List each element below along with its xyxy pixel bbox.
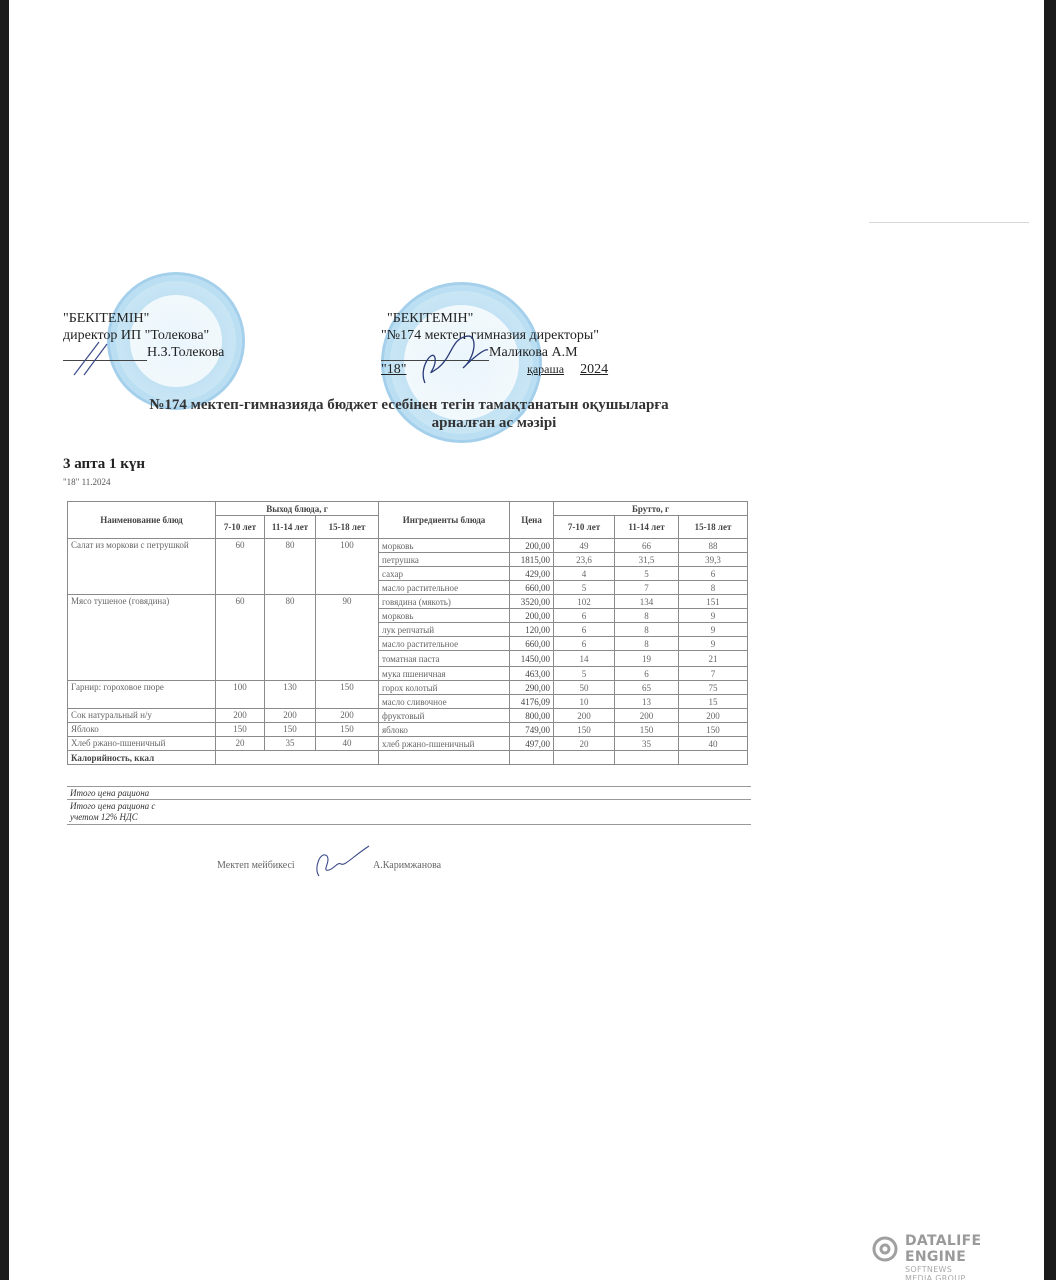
- dish-output: 200: [316, 709, 379, 723]
- ingredient-gross: 134: [615, 595, 679, 609]
- signature-left: [69, 330, 129, 380]
- ingredient-name: морковь: [379, 539, 510, 553]
- dish-name: Мясо тушеное (говядина): [68, 595, 216, 681]
- dish-output: 35: [265, 737, 316, 751]
- ration-total-vat-label-1: Итого цена рациона с: [70, 801, 748, 812]
- header-ingredients: Ингредиенты блюда: [379, 502, 510, 539]
- calories-value-cell: [510, 751, 554, 765]
- calories-output-cell: [216, 751, 379, 765]
- ingredient-name: лук репчатый: [379, 623, 510, 637]
- ration-total-label: Итого цена рациона: [70, 788, 149, 798]
- signature-nurse: [311, 840, 371, 880]
- dish-name: Сок натуральный н/у: [68, 709, 216, 723]
- calories-value-cell: [615, 751, 679, 765]
- dish-output: 150: [265, 723, 316, 737]
- ingredient-gross: 75: [679, 681, 748, 695]
- dish-output: 200: [216, 709, 265, 723]
- ingredient-name: хлеб ржано-пшеничный: [379, 737, 510, 751]
- dish-name: Хлеб ржано-пшеничный: [68, 737, 216, 751]
- signature-right: [413, 328, 493, 388]
- ingredient-gross: 15: [679, 695, 748, 709]
- table-row: Мясо тушеное (говядина)608090говядина (м…: [68, 595, 748, 609]
- ingredient-gross: 40: [679, 737, 748, 751]
- ingredient-gross: 200: [615, 709, 679, 723]
- document-page: "БЕКІТЕМІН" директор ИП "Толекова" Н.З.Т…: [9, 0, 1044, 1280]
- ingredient-gross: 102: [554, 595, 615, 609]
- header-gross-age-2: 11-14 лет: [615, 516, 679, 539]
- ingredient-gross: 13: [615, 695, 679, 709]
- ingredient-price: 497,00: [510, 737, 554, 751]
- dish-name: Салат из моркови с петрушкой: [68, 539, 216, 595]
- dish-output: 40: [316, 737, 379, 751]
- document-title-line1: №174 мектеп-гимназияда бюджет есебінен т…: [129, 396, 689, 414]
- ingredient-gross: 150: [615, 723, 679, 737]
- ingredient-name: яблоко: [379, 723, 510, 737]
- ingredient-price: 660,00: [510, 581, 554, 595]
- totals-section: Итого цена рациона Итого цена рациона с …: [67, 786, 751, 825]
- header-gross-age-1: 7-10 лет: [554, 516, 615, 539]
- table-row: Салат из моркови с петрушкой6080100морко…: [68, 539, 748, 553]
- ingredient-gross: 10: [554, 695, 615, 709]
- ingredient-price: 463,00: [510, 667, 554, 681]
- approval-left-name: Н.З.Толекова: [147, 344, 224, 361]
- approval-left-title: "БЕКІТЕМІН": [63, 310, 224, 327]
- scan-artifact-line: [869, 222, 1029, 223]
- ingredient-gross: 19: [615, 651, 679, 667]
- ingredient-gross: 150: [554, 723, 615, 737]
- ingredient-price: 200,00: [510, 609, 554, 623]
- approval-right-title: "БЕКІТЕМІН": [381, 310, 608, 327]
- ingredient-price: 290,00: [510, 681, 554, 695]
- dish-output: 200: [265, 709, 316, 723]
- ingredient-price: 800,00: [510, 709, 554, 723]
- calories-value-cell: [679, 751, 748, 765]
- ingredient-gross: 5: [554, 581, 615, 595]
- document-title-line2: арналған ас мәзірі: [129, 414, 689, 432]
- header-output: Выход блюда, г: [216, 502, 379, 516]
- ingredient-price: 429,00: [510, 567, 554, 581]
- dish-output: 150: [216, 723, 265, 737]
- ingredient-price: 200,00: [510, 539, 554, 553]
- table-row: Сок натуральный н/у200200200фруктовый800…: [68, 709, 748, 723]
- datalife-logo-icon: [871, 1235, 899, 1263]
- ingredient-name: масло растительное: [379, 637, 510, 651]
- ingredient-gross: 6: [554, 609, 615, 623]
- ingredient-price: 1450,00: [510, 651, 554, 667]
- ingredient-gross: 39,3: [679, 553, 748, 567]
- header-output-age-1: 7-10 лет: [216, 516, 265, 539]
- watermark-title: DATALIFE ENGINE: [905, 1233, 981, 1265]
- ingredient-gross: 50: [554, 681, 615, 695]
- menu-table: Наименование блюд Выход блюда, г Ингреди…: [67, 501, 748, 765]
- ingredient-gross: 200: [554, 709, 615, 723]
- dish-output: 90: [316, 595, 379, 681]
- ingredient-gross: 4: [554, 567, 615, 581]
- ingredient-gross: 8: [615, 609, 679, 623]
- ingredient-gross: 7: [679, 667, 748, 681]
- ingredient-gross: 5: [615, 567, 679, 581]
- ingredient-name: сахар: [379, 567, 510, 581]
- ration-total-vat-label-2: учетом 12% НДС: [70, 812, 748, 823]
- ingredient-gross: 150: [679, 723, 748, 737]
- dish-output: 60: [216, 539, 265, 595]
- dish-output: 130: [265, 681, 316, 709]
- dish-output: 150: [316, 723, 379, 737]
- ingredient-gross: 6: [554, 637, 615, 651]
- ingredient-gross: 88: [679, 539, 748, 553]
- ingredient-gross: 20: [554, 737, 615, 751]
- ingredient-gross: 66: [615, 539, 679, 553]
- ingredient-price: 749,00: [510, 723, 554, 737]
- ingredient-name: мука пшеничная: [379, 667, 510, 681]
- ingredient-name: масло сливочное: [379, 695, 510, 709]
- ingredient-price: 3520,00: [510, 595, 554, 609]
- ingredient-price: 120,00: [510, 623, 554, 637]
- table-row: Гарнир: гороховое пюре100130150горох кол…: [68, 681, 748, 695]
- menu-date: "18" 11.2024: [63, 477, 111, 487]
- dish-name: Яблоко: [68, 723, 216, 737]
- ingredient-gross: 200: [679, 709, 748, 723]
- ration-total-row: Итого цена рациона: [67, 786, 751, 800]
- ingredient-gross: 151: [679, 595, 748, 609]
- table-row: Хлеб ржано-пшеничный203540хлеб ржано-пше…: [68, 737, 748, 751]
- header-gross: Брутто, г: [554, 502, 748, 516]
- ingredient-price: 1815,00: [510, 553, 554, 567]
- ingredient-gross: 6: [554, 623, 615, 637]
- dish-output: 150: [316, 681, 379, 709]
- dish-name: Гарнир: гороховое пюре: [68, 681, 216, 709]
- calories-ingredient-cell: [379, 751, 510, 765]
- week-day-label: 3 апта 1 күн: [63, 456, 145, 473]
- ingredient-gross: 31,5: [615, 553, 679, 567]
- dish-output: 80: [265, 595, 316, 681]
- ingredient-gross: 6: [615, 667, 679, 681]
- ingredient-price: 660,00: [510, 637, 554, 651]
- nurse-name: А.Каримжанова: [373, 860, 441, 871]
- ingredient-price: 4176,09: [510, 695, 554, 709]
- ingredient-gross: 6: [679, 567, 748, 581]
- dish-output: 60: [216, 595, 265, 681]
- header-dish-name: Наименование блюд: [68, 502, 216, 539]
- table-row: Яблоко150150150яблоко749,00150150150: [68, 723, 748, 737]
- watermark-subtitle: SOFTNEWS MEDIA GROUP: [905, 1265, 981, 1280]
- approval-right-name: Маликова А.М: [489, 344, 578, 361]
- dish-output: 80: [265, 539, 316, 595]
- menu-table-body: Салат из моркови с петрушкой6080100морко…: [68, 539, 748, 765]
- calories-row: Калорийность, ккал: [68, 751, 748, 765]
- ingredient-gross: 7: [615, 581, 679, 595]
- ingredient-gross: 8: [679, 581, 748, 595]
- dish-output: 100: [316, 539, 379, 595]
- ingredient-gross: 9: [679, 637, 748, 651]
- ingredient-gross: 8: [615, 623, 679, 637]
- nurse-label: Мектеп мейбикесі: [217, 860, 295, 871]
- ingredient-gross: 14: [554, 651, 615, 667]
- ingredient-gross: 23,6: [554, 553, 615, 567]
- ingredient-gross: 65: [615, 681, 679, 695]
- ingredient-gross: 9: [679, 609, 748, 623]
- ingredient-gross: 8: [615, 637, 679, 651]
- ingredient-name: масло растительное: [379, 581, 510, 595]
- ingredient-name: горох колотый: [379, 681, 510, 695]
- ingredient-name: морковь: [379, 609, 510, 623]
- ingredient-name: фруктовый: [379, 709, 510, 723]
- header-output-age-3: 15-18 лет: [316, 516, 379, 539]
- header-price: Цена: [510, 502, 554, 539]
- ingredient-gross: 5: [554, 667, 615, 681]
- dish-output: 20: [216, 737, 265, 751]
- ingredient-gross: 21: [679, 651, 748, 667]
- dish-output: 100: [216, 681, 265, 709]
- approval-year: 2024: [580, 361, 608, 378]
- approval-month: қараша: [527, 361, 564, 378]
- document-title: №174 мектеп-гимназияда бюджет есебінен т…: [129, 396, 689, 432]
- ingredient-gross: 49: [554, 539, 615, 553]
- ingredient-name: говядина (мякоть): [379, 595, 510, 609]
- calories-label: Калорийность, ккал: [68, 751, 216, 765]
- ration-total-vat-row: Итого цена рациона с учетом 12% НДС: [67, 800, 751, 825]
- header-output-age-2: 11-14 лет: [265, 516, 316, 539]
- ingredient-gross: 35: [615, 737, 679, 751]
- ingredient-name: томатная паста: [379, 651, 510, 667]
- ingredient-gross: 9: [679, 623, 748, 637]
- calories-value-cell: [554, 751, 615, 765]
- ingredient-name: петрушка: [379, 553, 510, 567]
- header-gross-age-3: 15-18 лет: [679, 516, 748, 539]
